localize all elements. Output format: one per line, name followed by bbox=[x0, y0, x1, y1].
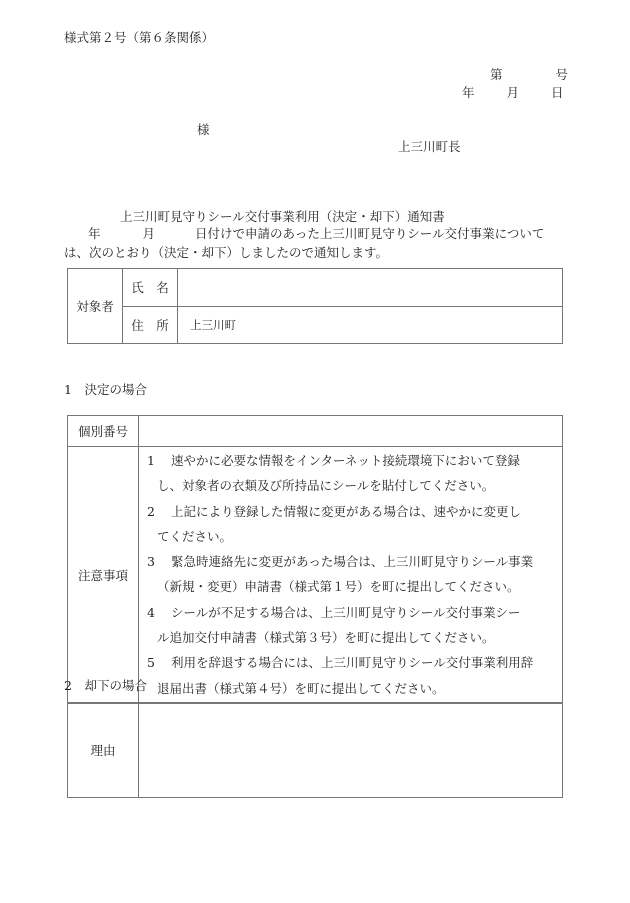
name-label: 氏 名 bbox=[123, 269, 178, 307]
body-year: 年 bbox=[88, 226, 101, 241]
form-number: 様式第２号（第６条関係） bbox=[64, 28, 214, 46]
body-paragraph: 年月日付けで申請のあった上三川町見守りシール交付事業については、次のとおり（決定… bbox=[64, 224, 564, 262]
recipient-honorific: 様 bbox=[197, 120, 210, 138]
note-item: 3緊急時連絡先に変更があった場合は、上三川町見守りシール事業 bbox=[147, 549, 558, 574]
note-item: 1速やかに必要な情報をインターネット接続環境下において登録 bbox=[147, 448, 558, 473]
rejection-table: 理由 bbox=[67, 702, 563, 798]
doc-number-prefix: 第 bbox=[490, 65, 503, 83]
id-number-label: 個別番号 bbox=[68, 416, 139, 447]
reason-label: 理由 bbox=[68, 703, 139, 798]
name-field[interactable] bbox=[178, 269, 563, 307]
note-item-continued: てください。 bbox=[147, 524, 558, 549]
note-item-continued: （新規・変更）申請書（様式第１号）を町に提出してください。 bbox=[147, 574, 558, 599]
note-item-continued: ル追加交付申請書（様式第３号）を町に提出してください。 bbox=[147, 625, 558, 650]
notes-list: 1速やかに必要な情報をインターネット接続環境下において登録 し、対象者の衣類及び… bbox=[139, 447, 563, 704]
document-title: 上三川町見守りシール交付事業利用（決定・却下）通知書 bbox=[120, 207, 445, 225]
doc-number-suffix: 号 bbox=[555, 65, 568, 83]
subject-table: 対象者 氏 名 住 所 上三川町 bbox=[67, 268, 563, 344]
subject-label: 対象者 bbox=[68, 269, 123, 344]
id-number-field[interactable] bbox=[139, 416, 563, 447]
date-month: 月 bbox=[506, 83, 519, 101]
issuer-name: 上三川町長 bbox=[398, 137, 461, 155]
issue-date: 年 月 日 bbox=[462, 83, 563, 101]
note-item: 2上記により登録した情報に変更がある場合は、速やかに変更し bbox=[147, 499, 558, 524]
reason-field[interactable] bbox=[139, 703, 563, 798]
date-year: 年 bbox=[462, 83, 475, 101]
address-field[interactable]: 上三川町 bbox=[178, 306, 563, 344]
document-number: 第 号 bbox=[490, 65, 568, 83]
address-label: 住 所 bbox=[123, 306, 178, 344]
notes-label: 注意事項 bbox=[68, 447, 139, 704]
note-item: 5利用を辞退する場合には、上三川町見守りシール交付事業利用辞 bbox=[147, 650, 558, 675]
note-item-continued: し、対象者の衣類及び所持品にシールを貼付してください。 bbox=[147, 473, 558, 498]
decision-table: 個別番号 注意事項 1速やかに必要な情報をインターネット接続環境下において登録 … bbox=[67, 415, 563, 704]
note-item: 4シールが不足する場合は、上三川町見守りシール交付事業シー bbox=[147, 600, 558, 625]
date-day: 日 bbox=[551, 83, 564, 101]
section2-heading: 2 却下の場合 bbox=[64, 676, 147, 694]
body-month: 月 bbox=[143, 226, 156, 241]
section1-heading: 1 決定の場合 bbox=[64, 380, 147, 398]
note-item-continued: 退届出書（様式第４号）を町に提出してください。 bbox=[147, 676, 558, 701]
body-text: 日付けで申請のあった上三川町見守りシール交付事業については、次のとおり（決定・却… bbox=[64, 226, 544, 260]
